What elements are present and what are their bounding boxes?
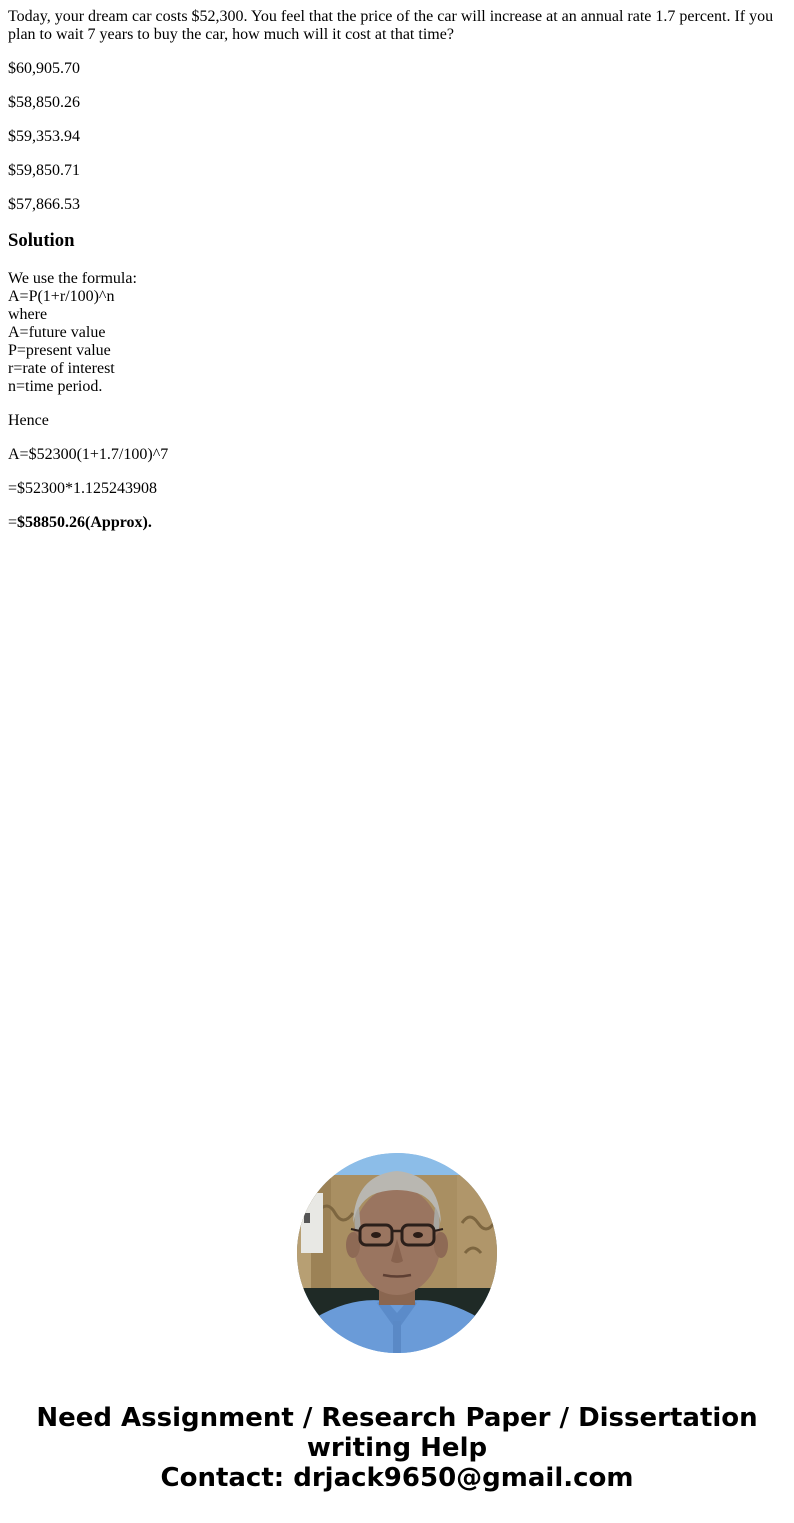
formula-line: A=future value [8,324,786,342]
answer-option: $57,866.53 [8,196,786,214]
document-content: Today, your dream car costs $52,300. You… [8,8,786,548]
calculation-step-2: =$52300*1.125243908 [8,480,786,498]
author-portrait-icon [297,1153,497,1353]
result-value: $58850.26(Approx). [17,514,152,531]
formula-line: where [8,306,786,324]
formula-line: P=present value [8,342,786,360]
contact-banner: Need Assignment / Research Paper / Disse… [0,1403,794,1493]
formula-line: We use the formula: [8,270,786,288]
result-prefix: = [8,514,17,531]
banner-line-1: Need Assignment / Research Paper / Disse… [0,1403,794,1433]
solution-heading: Solution [8,230,786,252]
contact-email: Contact: drjack9650@gmail.com [0,1463,794,1493]
final-result: =$58850.26(Approx). [8,514,786,532]
answer-options: $60,905.70 $58,850.26 $59,353.94 $59,850… [8,60,786,214]
calculation-step-1: A=$52300(1+1.7/100)^7 [8,446,786,464]
author-avatar [297,1153,497,1353]
question-text: Today, your dream car costs $52,300. You… [8,8,786,44]
formula-explanation: We use the formula: A=P(1+r/100)^n where… [8,270,786,396]
answer-option: $59,850.71 [8,162,786,180]
formula-line: A=P(1+r/100)^n [8,288,786,306]
formula-line: n=time period. [8,378,786,396]
answer-option: $58,850.26 [8,94,786,112]
answer-option: $59,353.94 [8,128,786,146]
answer-option: $60,905.70 [8,60,786,78]
formula-line: r=rate of interest [8,360,786,378]
hence-text: Hence [8,412,786,430]
banner-line-2: writing Help [0,1433,794,1463]
